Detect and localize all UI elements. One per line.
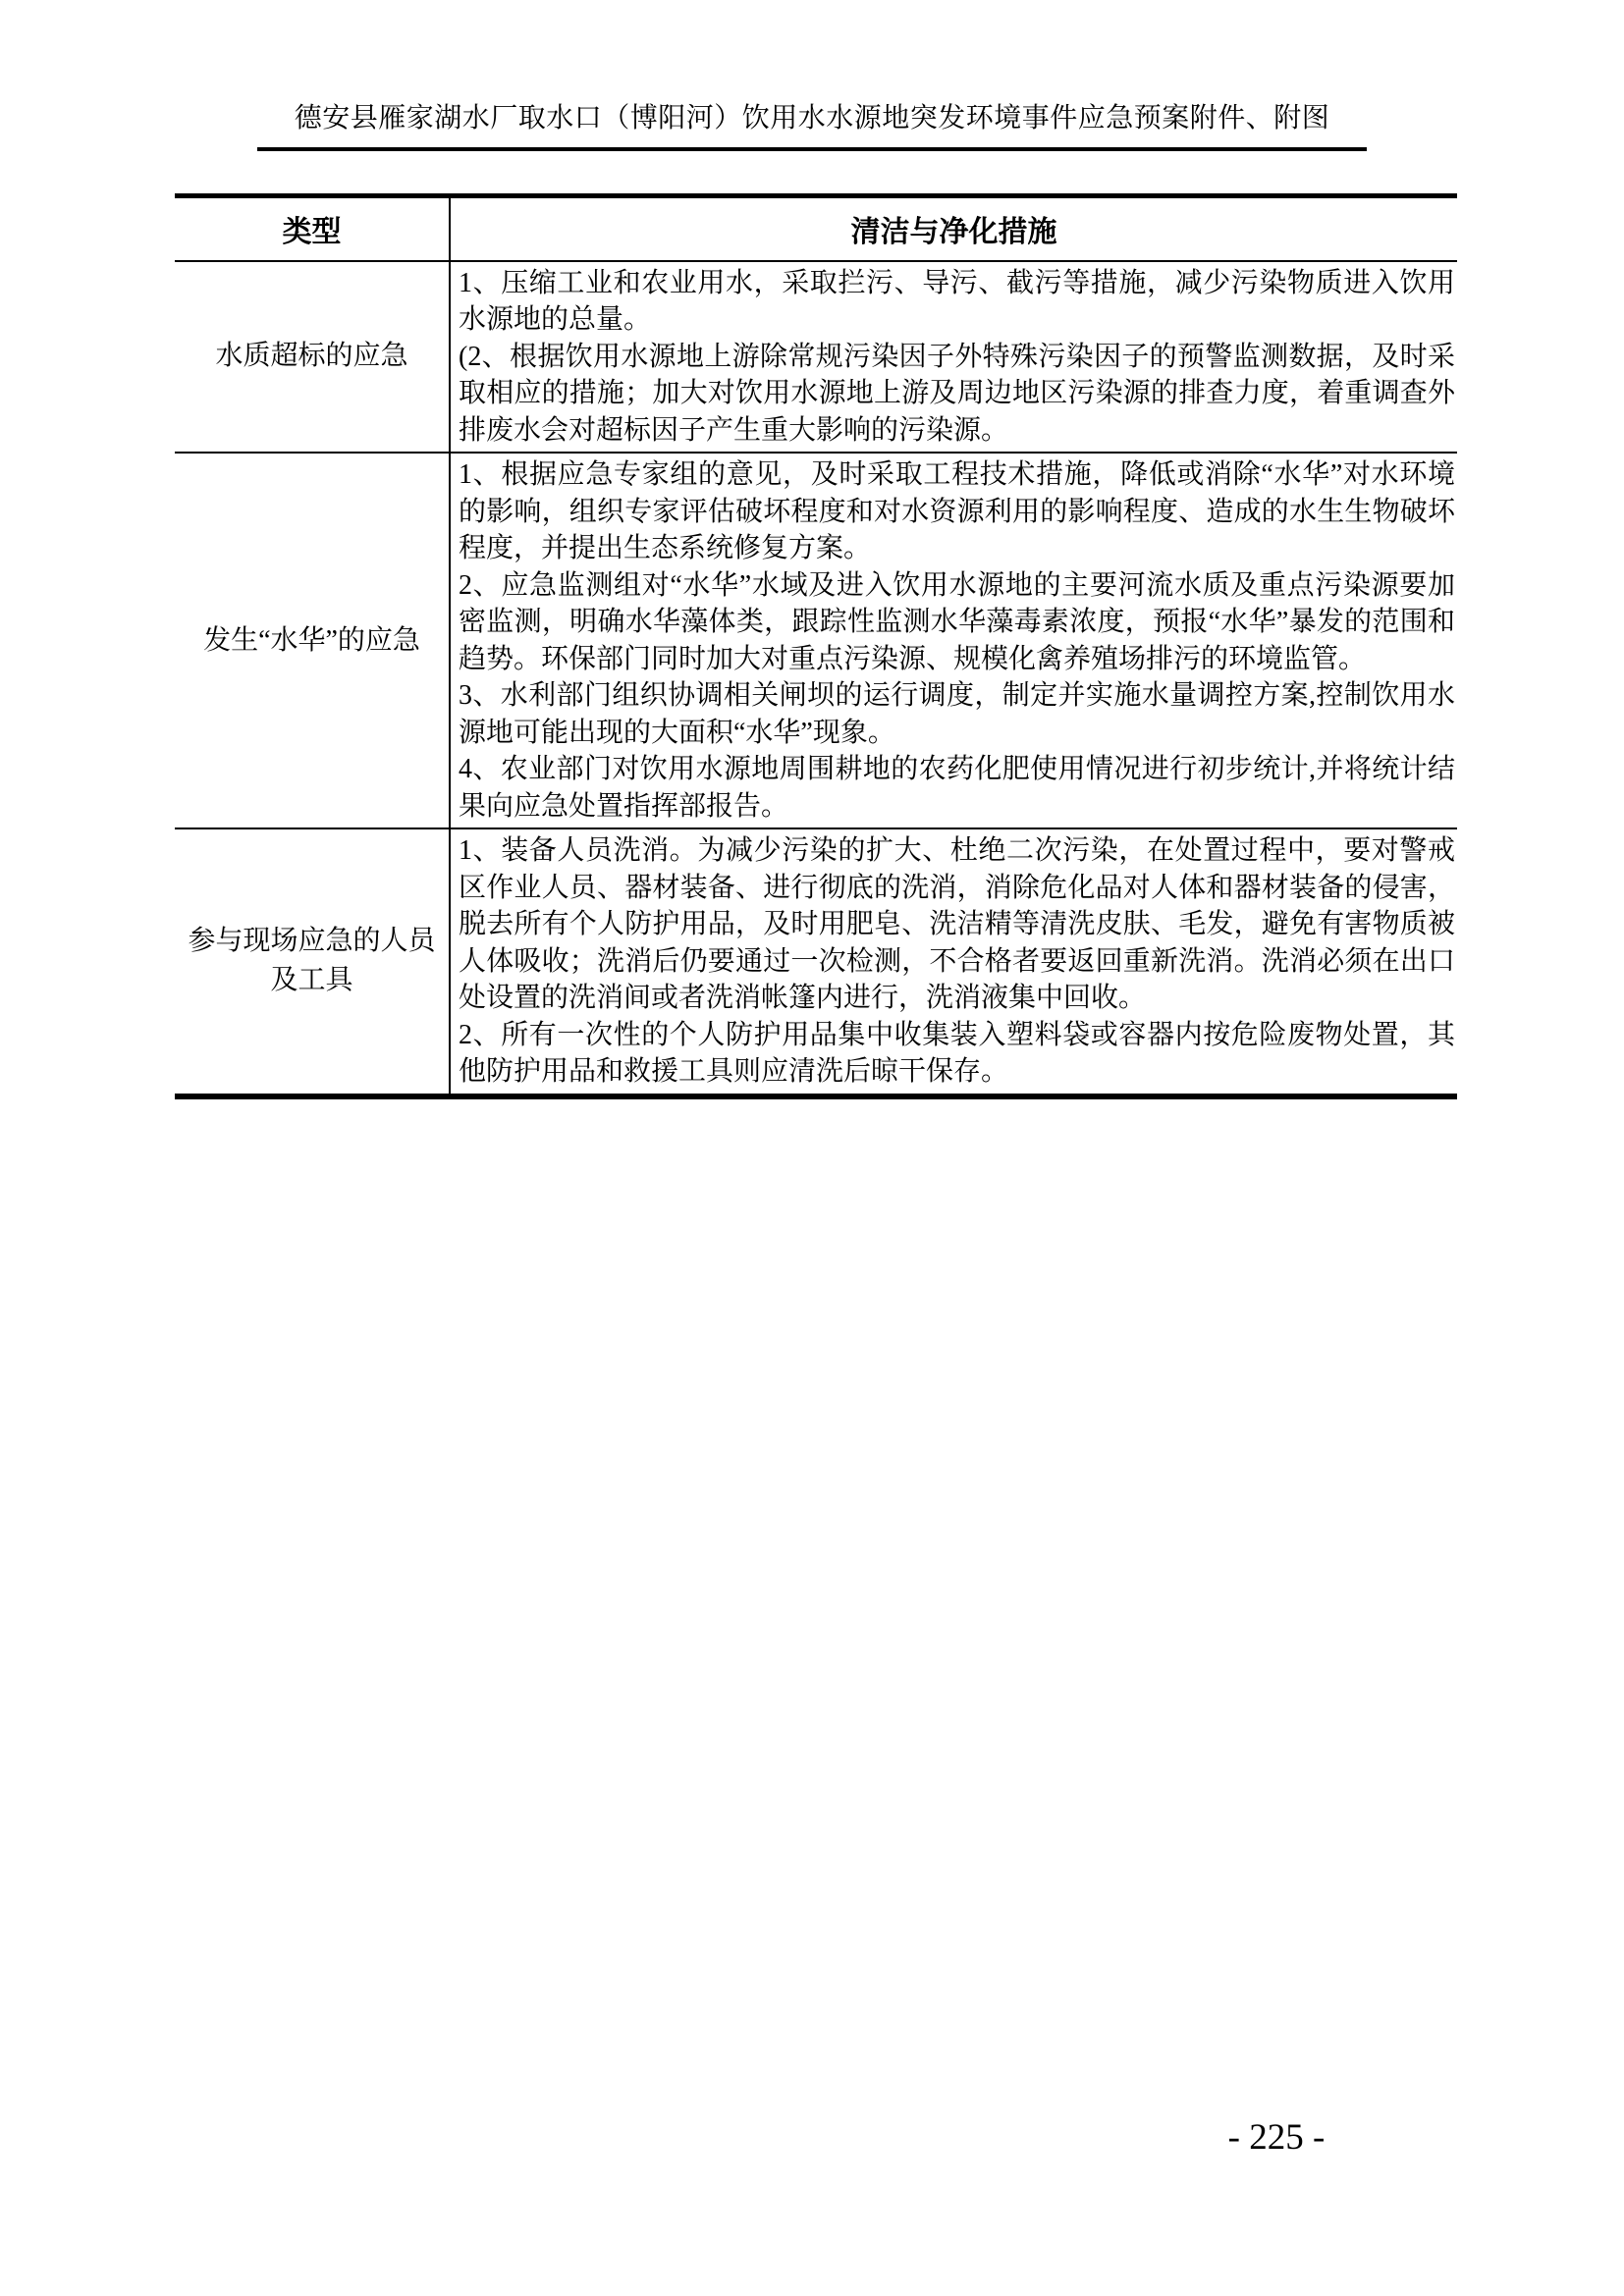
measures-table: 类型 清洁与净化措施 水质超标的应急 1、压缩工业和农业用水，采取拦污、导污、截… xyxy=(175,193,1457,1099)
measure-item: 4、农业部门对饮用水源地周围耕地的农药化肥使用情况进行初步统计,并将统计结果向应… xyxy=(459,751,1455,825)
row-type-label: 参与现场应急的人员及工具 xyxy=(175,828,450,1096)
table-row-water-quality: 水质超标的应急 1、压缩工业和农业用水，采取拦污、导污、截污等措施，减少污染物质… xyxy=(175,261,1457,454)
column-header-type: 类型 xyxy=(175,196,450,261)
measure-item: (2、根据饮用水源地上游除常规污染因子外特殊污染因子的预警监测数据，及时采取相应… xyxy=(459,339,1455,450)
column-header-measures: 清洁与净化措施 xyxy=(450,196,1457,261)
row-measures: 1、装备人员洗消。为减少污染的扩大、杜绝二次污染，在处置过程中，要对警戒区作业人… xyxy=(450,828,1457,1096)
page-number: - 225 - xyxy=(1228,2117,1326,2158)
measure-item: 1、装备人员洗消。为减少污染的扩大、杜绝二次污染，在处置过程中，要对警戒区作业人… xyxy=(459,832,1455,1017)
page-header: 德安县雁家湖水厂取水口（博阳河）饮用水水源地突发环境事件应急预案附件、附图 xyxy=(0,101,1624,151)
measure-item: 3、水利部门组织协调相关闸坝的运行调度，制定并实施水量调控方案,控制饮用水源地可… xyxy=(459,677,1455,751)
table-row-personnel-tools: 参与现场应急的人员及工具 1、装备人员洗消。为减少污染的扩大、杜绝二次污染，在处… xyxy=(175,828,1457,1096)
row-measures: 1、根据应急专家组的意见，及时采取工程技术措施，降低或消除“水华”对水环境的影响… xyxy=(450,453,1457,828)
row-measures: 1、压缩工业和农业用水，采取拦污、导污、截污等措施，减少污染物质进入饮用水源地的… xyxy=(450,261,1457,454)
measure-item: 1、压缩工业和农业用水，采取拦污、导污、截污等措施，减少污染物质进入饮用水源地的… xyxy=(459,265,1455,339)
table-row-algal-bloom: 发生“水华”的应急 1、根据应急专家组的意见，及时采取工程技术措施，降低或消除“… xyxy=(175,453,1457,828)
page-header-title: 德安县雁家湖水厂取水口（博阳河）饮用水水源地突发环境事件应急预案附件、附图 xyxy=(257,101,1368,151)
table-header-row: 类型 清洁与净化措施 xyxy=(175,196,1457,261)
measure-item: 2、应急监测组对“水华”水域及进入饮用水源地的主要河流水质及重点污染源要加密监测… xyxy=(459,567,1455,678)
measure-item: 1、根据应急专家组的意见，及时采取工程技术措施，降低或消除“水华”对水环境的影响… xyxy=(459,456,1455,567)
measure-item: 2、所有一次性的个人防护用品集中收集装入塑料袋或容器内按危险废物处置，其他防护用… xyxy=(459,1017,1455,1091)
document-page: 德安县雁家湖水厂取水口（博阳河）饮用水水源地突发环境事件应急预案附件、附图 类型… xyxy=(0,0,1624,2296)
row-type-label: 发生“水华”的应急 xyxy=(175,453,450,828)
row-type-label: 水质超标的应急 xyxy=(175,261,450,454)
page-footer: - 225 - xyxy=(1139,2116,1414,2160)
